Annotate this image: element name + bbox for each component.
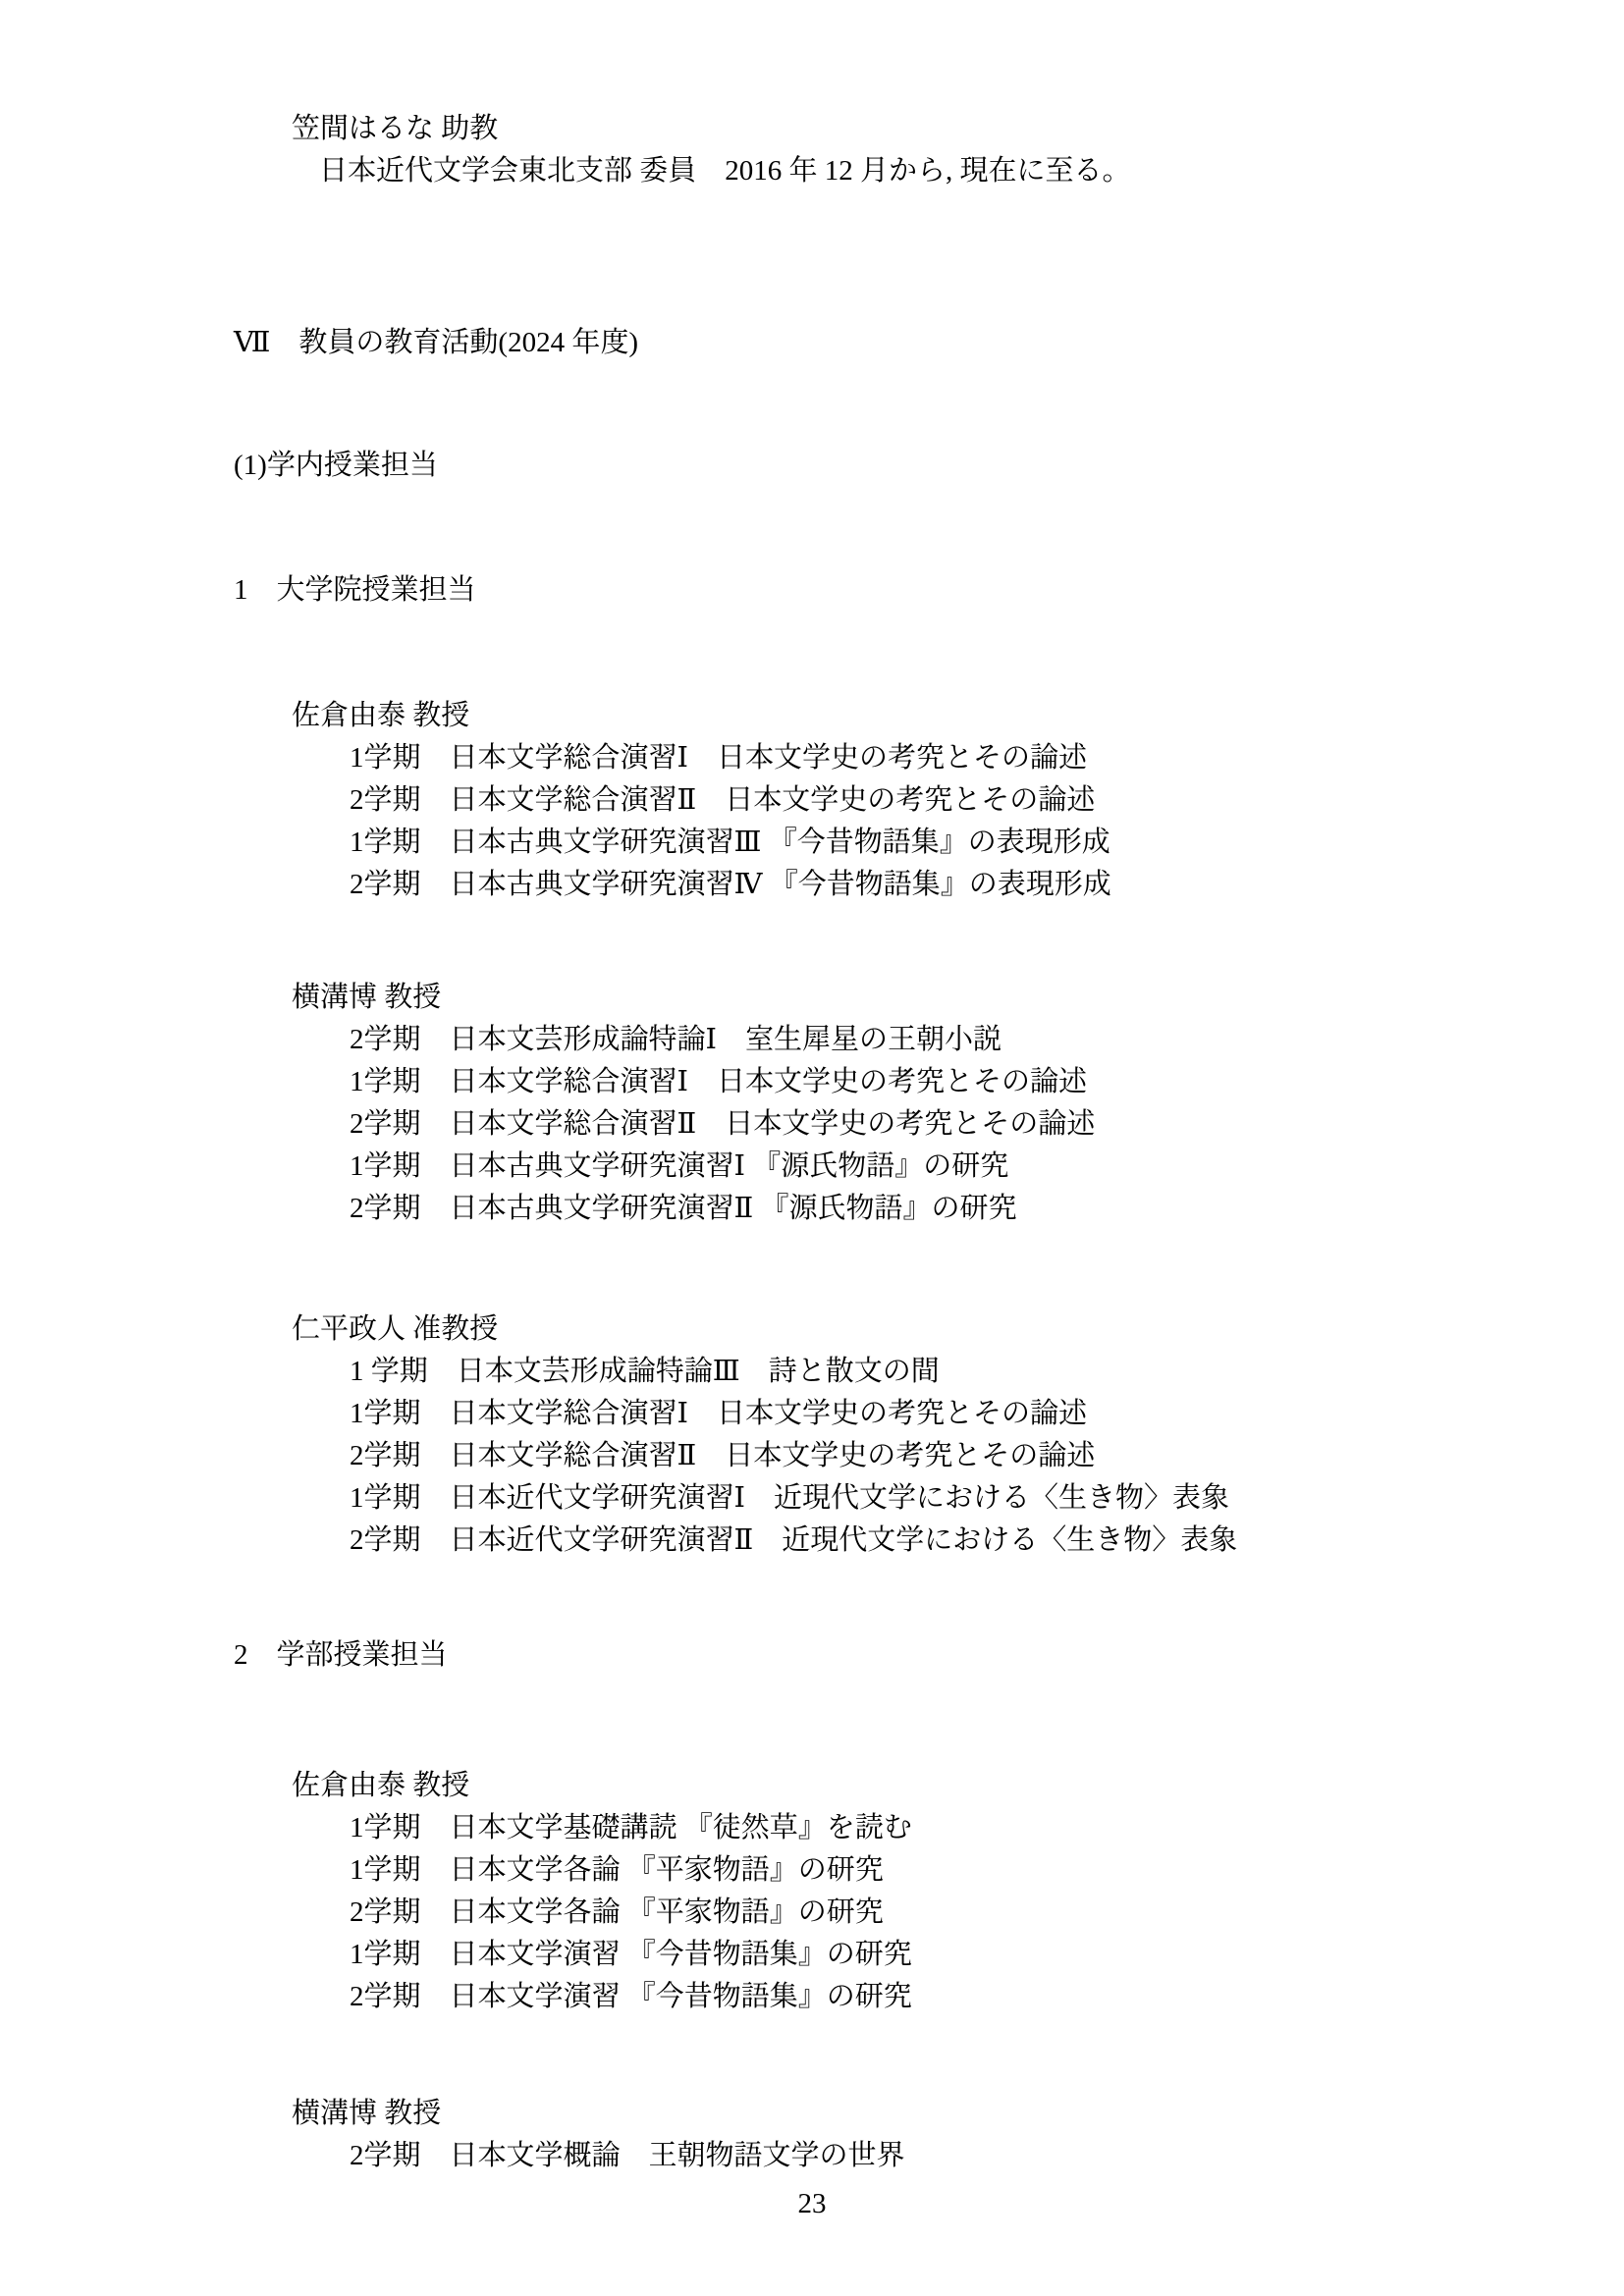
course-line: 1学期 日本文学総合演習Ⅰ 日本文学史の考究とその論述 — [0, 1393, 1624, 1435]
professor-block: 仁平政人 准教授 1 学期 日本文芸形成論特論Ⅲ 詩と散文の間 1学期 日本文学… — [0, 1308, 1624, 1562]
course-line: 2学期 日本文学各論 『平家物語』の研究 — [0, 1892, 1624, 1934]
professor-block: 佐倉由泰 教授 1学期 日本文学基礎講読 『徒然草』を読む 1学期 日本文学各論… — [0, 1765, 1624, 2018]
subsection-heading: (1)学内授業担当 — [0, 445, 1624, 487]
professor-name: 仁平政人 准教授 — [0, 1308, 1624, 1351]
page-number: 23 — [0, 2183, 1624, 2225]
course-line: 2学期 日本文学総合演習Ⅱ 日本文学史の考究とその論述 — [0, 779, 1624, 822]
course-line: 1学期 日本文学演習 『今昔物語集』の研究 — [0, 1934, 1624, 1976]
course-line: 1 学期 日本文芸形成論特論Ⅲ 詩と散文の間 — [0, 1351, 1624, 1393]
document-page: 笠間はるな 助教 日本近代文学会東北支部 委員 2016 年 12 月から, 現… — [0, 0, 1624, 2296]
course-line: 2学期 日本文学総合演習Ⅱ 日本文学史の考究とその論述 — [0, 1103, 1624, 1146]
group-heading-undergraduate: 2 学部授業担当 — [0, 1634, 1624, 1677]
course-line: 1学期 日本文学各論 『平家物語』の研究 — [0, 1849, 1624, 1892]
professor-name: 横溝博 教授 — [0, 977, 1624, 1019]
course-line: 2学期 日本文芸形成論特論Ⅰ 室生犀星の王朝小説 — [0, 1019, 1624, 1061]
course-line: 2学期 日本文学総合演習Ⅱ 日本文学史の考究とその論述 — [0, 1435, 1624, 1477]
course-line: 1学期 日本近代文学研究演習Ⅰ 近現代文学における〈生き物〉表象 — [0, 1477, 1624, 1520]
committee-member-detail: 日本近代文学会東北支部 委員 2016 年 12 月から, 現在に至る。 — [0, 150, 1624, 192]
professor-name: 横溝博 教授 — [0, 2093, 1624, 2135]
professor-name: 佐倉由泰 教授 — [0, 695, 1624, 737]
group-heading-graduate: 1 大学院授業担当 — [0, 569, 1624, 612]
section-heading: Ⅶ 教員の教育活動(2024 年度) — [0, 322, 1624, 364]
course-line: 2学期 日本文学演習 『今昔物語集』の研究 — [0, 1976, 1624, 2018]
professor-block: 横溝博 教授 2学期 日本文芸形成論特論Ⅰ 室生犀星の王朝小説 1学期 日本文学… — [0, 977, 1624, 1230]
course-line: 2学期 日本古典文学研究演習Ⅱ 『源氏物語』の研究 — [0, 1188, 1624, 1230]
course-line: 1学期 日本古典文学研究演習Ⅰ 『源氏物語』の研究 — [0, 1146, 1624, 1188]
professor-block: 横溝博 教授 2学期 日本文学概論 王朝物語文学の世界 — [0, 2093, 1624, 2177]
professor-name: 佐倉由泰 教授 — [0, 1765, 1624, 1807]
course-line: 2学期 日本近代文学研究演習Ⅱ 近現代文学における〈生き物〉表象 — [0, 1520, 1624, 1562]
professor-block: 佐倉由泰 教授 1学期 日本文学総合演習Ⅰ 日本文学史の考究とその論述 2学期 … — [0, 695, 1624, 906]
course-line: 2学期 日本文学概論 王朝物語文学の世界 — [0, 2135, 1624, 2177]
course-line: 2学期 日本古典文学研究演習Ⅳ 『今昔物語集』の表現形成 — [0, 864, 1624, 906]
course-line: 1学期 日本文学総合演習Ⅰ 日本文学史の考究とその論述 — [0, 737, 1624, 779]
course-line: 1学期 日本文学総合演習Ⅰ 日本文学史の考究とその論述 — [0, 1061, 1624, 1103]
course-line: 1学期 日本古典文学研究演習Ⅲ 『今昔物語集』の表現形成 — [0, 822, 1624, 864]
course-line: 1学期 日本文学基礎講読 『徒然草』を読む — [0, 1807, 1624, 1849]
committee-member-name: 笠間はるな 助教 — [0, 108, 1624, 150]
